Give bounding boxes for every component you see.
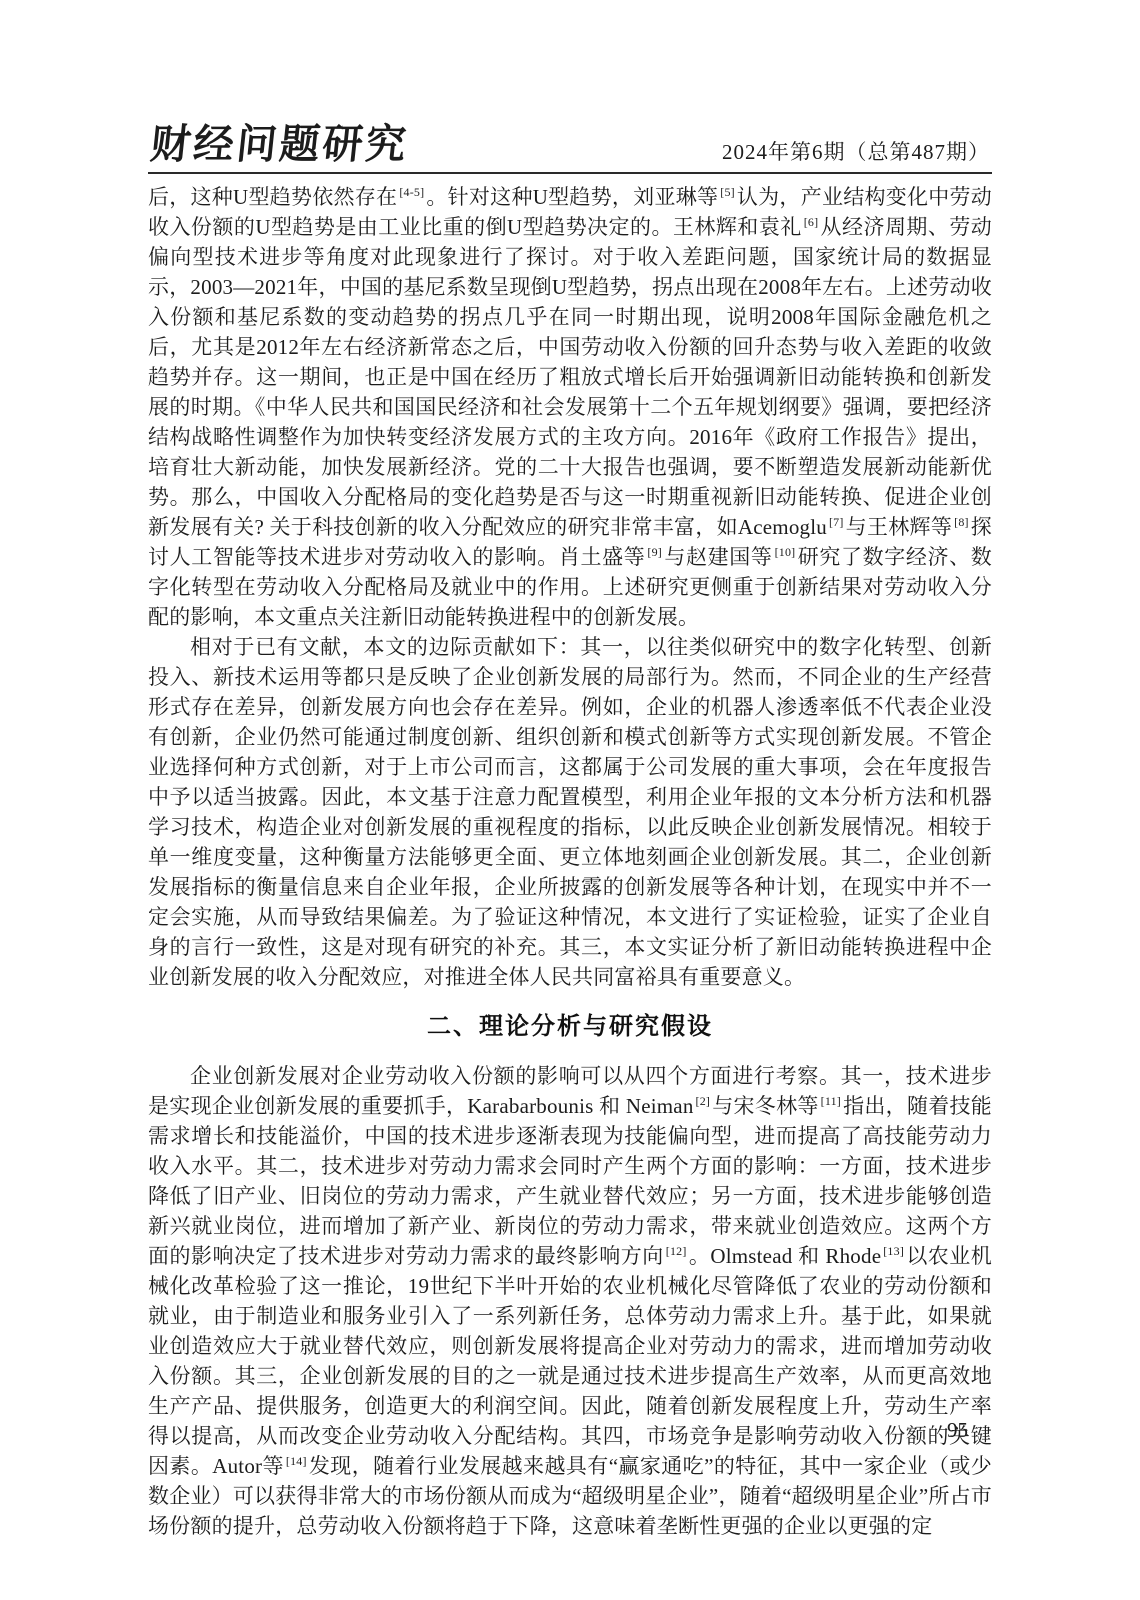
citation-superscript: [4-5] (399, 185, 424, 199)
page-header: 财经问题研究 2024年第6期（总第487期） (148, 118, 992, 172)
citation-superscript: [14] (286, 1454, 307, 1468)
paragraph-intro-continued: 后，这种U型趋势依然存在[4-5]。针对这种U型趋势，刘亚琳等[5]认为，产业结… (148, 182, 992, 632)
journal-logo: 财经问题研究 (148, 112, 412, 170)
citation-superscript: [12] (666, 1244, 687, 1258)
citation-superscript: [9] (647, 545, 662, 559)
citation-superscript: [10] (775, 545, 796, 559)
citation-superscript: [8] (954, 515, 969, 529)
citation-superscript: [11] (821, 1094, 841, 1108)
issue-info: 2024年第6期（总第487期） (722, 136, 990, 166)
citation-superscript: [6] (804, 215, 819, 229)
citation-superscript: [7] (829, 515, 844, 529)
citation-superscript: [5] (720, 185, 735, 199)
section-heading: 二、理论分析与研究假设 (148, 1006, 992, 1041)
page-number: 95 (947, 1418, 968, 1443)
header-divider (148, 172, 992, 174)
citation-superscript: [13] (883, 1244, 904, 1258)
paragraph-theory: 企业创新发展对企业劳动收入份额的影响可以从四个方面进行考察。其一，技术进步是实现… (148, 1061, 992, 1541)
citation-superscript: [2] (696, 1094, 711, 1108)
paragraph-contributions: 相对于已有文献，本文的边际贡献如下：其一，以往类似研究中的数字化转型、创新投入、… (148, 632, 992, 992)
paper-page: 财经问题研究 2024年第6期（总第487期） 后，这种U型趋势依然存在[4-5… (0, 0, 1140, 1600)
article-body: 后，这种U型趋势依然存在[4-5]。针对这种U型趋势，刘亚琳等[5]认为，产业结… (148, 182, 992, 1541)
